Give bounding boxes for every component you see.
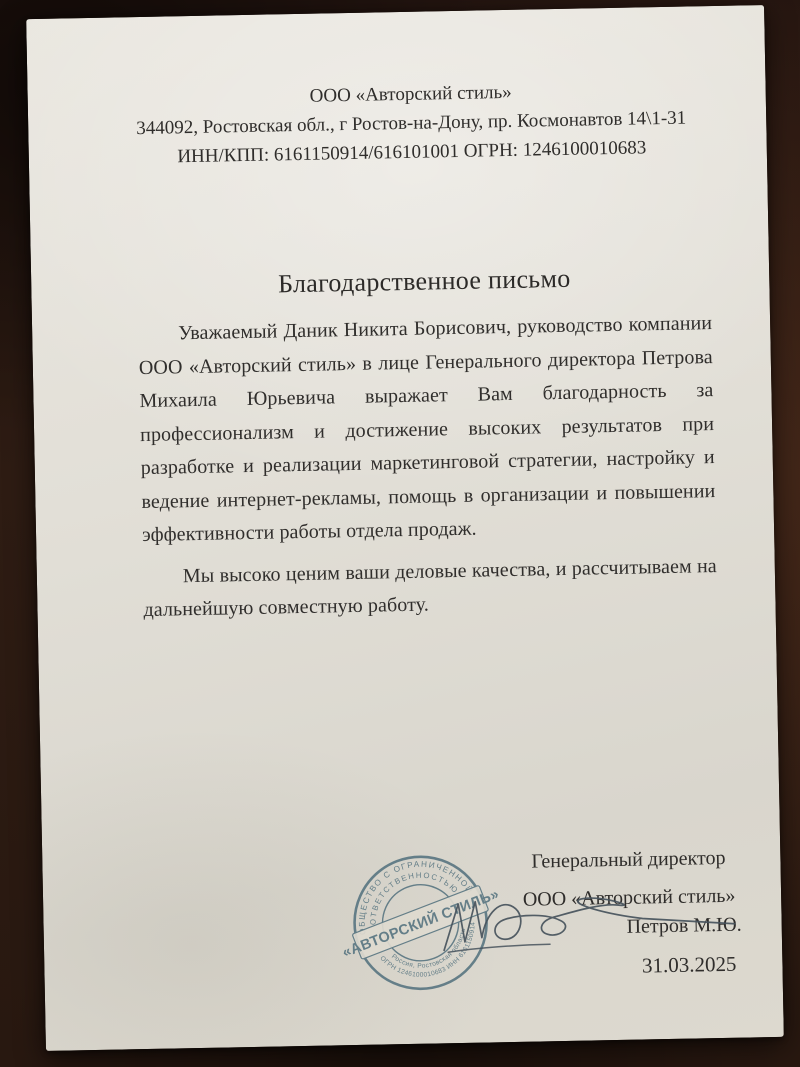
signatory-position: Генеральный директор	[488, 838, 769, 881]
signatory-name: Петров М.Ю.	[626, 914, 742, 939]
paragraph-1: Уважаемый Даник Никита Борисович, руково…	[138, 307, 716, 552]
stamp-rotated-group: ОБЩЕСТВО С ОГРАНИЧЕННОЙ ОТВЕТСТВЕННОСТЬЮ…	[339, 841, 502, 1004]
letter-title: Благодарственное письмо	[137, 261, 711, 302]
letter-content: ООО «Авторский стиль» 344092, Ростовская…	[27, 73, 775, 630]
letter-date: 31.03.2025	[642, 952, 737, 979]
letter-document: ООО «Авторский стиль» 344092, Ростовская…	[26, 5, 784, 1051]
company-round-stamp: ОБЩЕСТВО С ОГРАНИЧЕННОЙ ОТВЕТСТВЕННОСТЬЮ…	[339, 841, 502, 1004]
letterhead: ООО «Авторский стиль» 344092, Ростовская…	[103, 74, 719, 173]
paragraph-2: Мы высоко ценим ваши деловые качества, и…	[143, 550, 718, 628]
signature-titles: Генеральный директор ООО «Авторский стил…	[488, 838, 769, 919]
photo-background: ООО «Авторский стиль» 344092, Ростовская…	[0, 0, 800, 1067]
